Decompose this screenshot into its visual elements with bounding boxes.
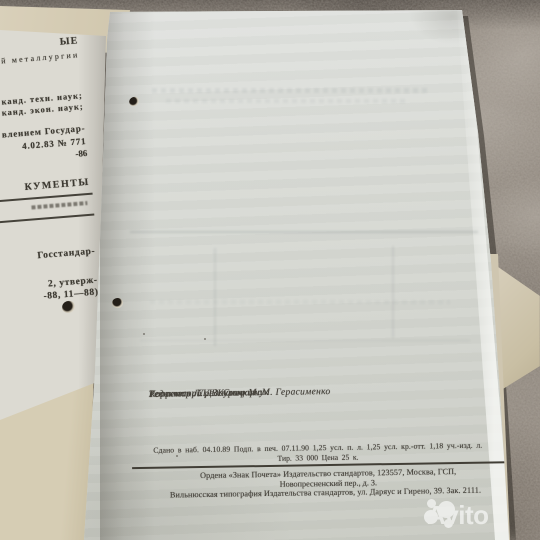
photo-book-colophon: ЫЕ мерной металлургии канд. техн. наук; … [0,0,540,540]
left-fragment: мерной металлургии [0,50,80,68]
left-fragment: -86 [75,148,88,159]
left-page-rule [0,214,94,224]
left-fragment: -88, 11—88) [43,287,99,301]
editors-block: Редактор Л. Д. Курочкина Технический ред… [149,383,489,388]
left-fragment: Госстандар- [37,247,96,262]
avito-watermark: Avito [424,494,536,534]
left-fragment: ЫЕ [59,35,78,47]
illegible-caption-smudge [31,201,87,209]
proofreader-line: Корректор Л. В. Сницарчук [149,387,269,402]
left-fragment: КУМЕНТЫ [24,177,90,193]
avito-wordmark: Avito [427,500,489,531]
